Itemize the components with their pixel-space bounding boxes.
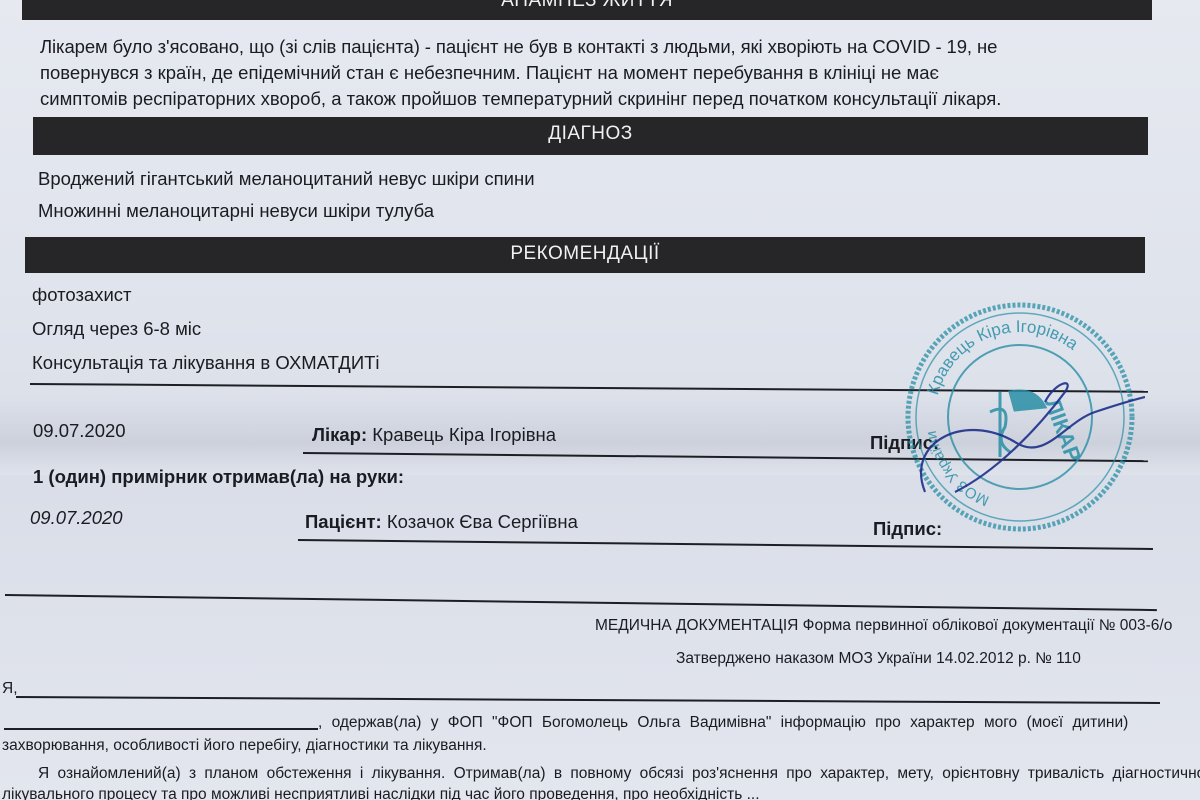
doctor-stamp: Кравець Кіра Ігорівна МОЗ України ЛІКАР <box>895 292 1145 542</box>
doctor-label: Лікар: <box>312 424 367 445</box>
stamp-inner-ring <box>948 345 1092 489</box>
form-info-line2: Затверджено наказом МОЗ України 14.02.20… <box>676 650 1081 668</box>
svg-text:Кравець Кіра Ігорівна: Кравець Кіра Ігорівна <box>923 317 1082 397</box>
patient-date: 09.07.2020 <box>30 507 123 529</box>
section-title: ДІАГНОЗ <box>548 123 633 144</box>
anamnesis-line: Лікарем було з'ясовано, що (зі слів паці… <box>40 34 1160 60</box>
recommendation-item: Огляд через 6-8 міс <box>32 318 201 340</box>
doctor-signature-label: Підпис: <box>870 432 939 454</box>
consent-line: захворювання, особливості його перебігу,… <box>2 737 487 755</box>
patient-signature-label: Підпис: <box>873 518 942 540</box>
section-header-recommendations: РЕКОМЕНДАЦІЇ <box>25 237 1145 273</box>
divider <box>30 383 1148 393</box>
divider <box>5 594 1157 611</box>
recommendation-item: Консультація та лікування в ОХМАТДИТі <box>32 352 380 374</box>
patient-label: Пацієнт: <box>305 511 382 532</box>
consent-line: лікувального процесу та про можливі несп… <box>2 786 760 800</box>
paper-fold-shadow <box>0 395 1200 475</box>
doctor-field: Лікар: Кравець Кіра Ігорівна <box>312 424 556 446</box>
doctor-name: Кравець Кіра Ігорівна <box>372 424 556 445</box>
stamp-top-text: Кравець Кіра Ігорівна <box>923 317 1082 397</box>
diagnosis-item: Множинні меланоцитарні невуси шкіри тулу… <box>38 200 434 222</box>
stamp-center-text: ЛІКАР <box>1040 395 1086 465</box>
anamnesis-text: Лікарем було з'ясовано, що (зі слів паці… <box>40 34 1160 112</box>
stamp-outer-ring <box>908 305 1132 529</box>
section-title: РЕКОМЕНДАЦІЇ <box>510 243 659 264</box>
anamnesis-line: симптомів респіраторних хвороб, а також … <box>40 86 1160 112</box>
recommendation-item: фотозахист <box>32 284 132 306</box>
consent-line: Я ознайомлений(а) з планом обстеження і … <box>38 765 1200 783</box>
patient-signature-line[interactable] <box>298 539 1153 550</box>
section-header-anamnesis: АНАМНЕЗ ЖИТТЯ <box>22 0 1152 20</box>
doctor-date: 09.07.2020 <box>33 420 126 442</box>
patient-name: Козачок Єва Сергіївна <box>387 511 578 532</box>
patient-field: Пацієнт: Козачок Єва Сергіївна <box>305 511 578 533</box>
consent-name-line[interactable] <box>16 696 1160 704</box>
consent-name-line-2[interactable] <box>4 728 318 730</box>
diagnosis-item: Вроджений гігантський меланоцитаний неву… <box>38 168 535 190</box>
caduceus-icon <box>990 391 1045 457</box>
signature-scribble <box>921 383 1145 492</box>
consent-received-text: , одержав(ла) у ФОП "ФОП Богомолець Ольг… <box>318 714 1128 732</box>
copy-received-label: 1 (один) примірник отримав(ла) на руки: <box>33 466 404 488</box>
section-header-diagnosis: ДІАГНОЗ <box>33 117 1148 155</box>
section-title: АНАМНЕЗ ЖИТТЯ <box>501 0 673 11</box>
form-info-line1: МЕДИЧНА ДОКУМЕНТАЦІЯ Форма первинної обл… <box>595 617 1172 635</box>
anamnesis-line: повернувся з країн, де епідемічний стан … <box>40 60 1160 86</box>
doctor-signature-line[interactable] <box>303 452 1148 462</box>
